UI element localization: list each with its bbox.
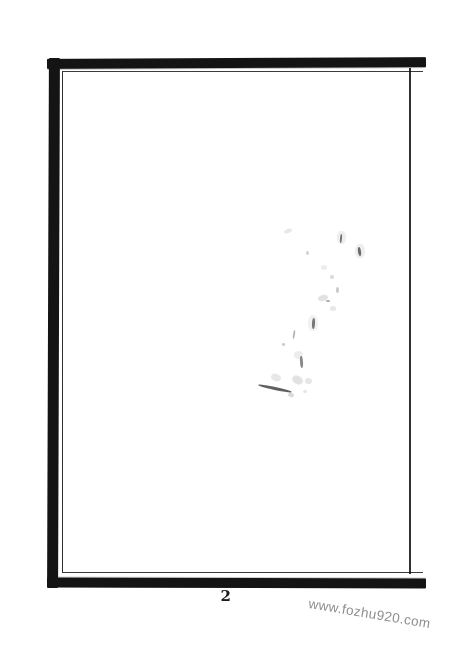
ink-bleed-mark bbox=[330, 275, 334, 279]
inner-rule-frame bbox=[62, 71, 423, 573]
column-divider-line bbox=[409, 68, 411, 574]
ink-bleed-mark bbox=[282, 343, 285, 346]
ink-bleed-mark bbox=[336, 287, 339, 293]
page-number: 2 bbox=[206, 587, 246, 605]
ink-bleed-mark bbox=[321, 265, 327, 270]
ink-bleed-mark bbox=[330, 306, 336, 311]
outer-frame-top-bar bbox=[47, 57, 426, 69]
ink-bleed-mark bbox=[303, 390, 307, 393]
scanned-book-page: 2 www.fozhu920.com bbox=[0, 0, 468, 663]
ink-bleed-mark bbox=[308, 315, 318, 331]
ink-bleed-mark bbox=[337, 231, 346, 244]
outer-frame-left-bar bbox=[47, 58, 60, 588]
ink-bleed-mark bbox=[355, 244, 365, 258]
ink-bleed-mark bbox=[305, 378, 312, 384]
ink-bleed-mark bbox=[306, 251, 309, 255]
watermark-text: www.fozhu920.com bbox=[308, 596, 458, 636]
ink-bleed-mark bbox=[326, 300, 330, 302]
